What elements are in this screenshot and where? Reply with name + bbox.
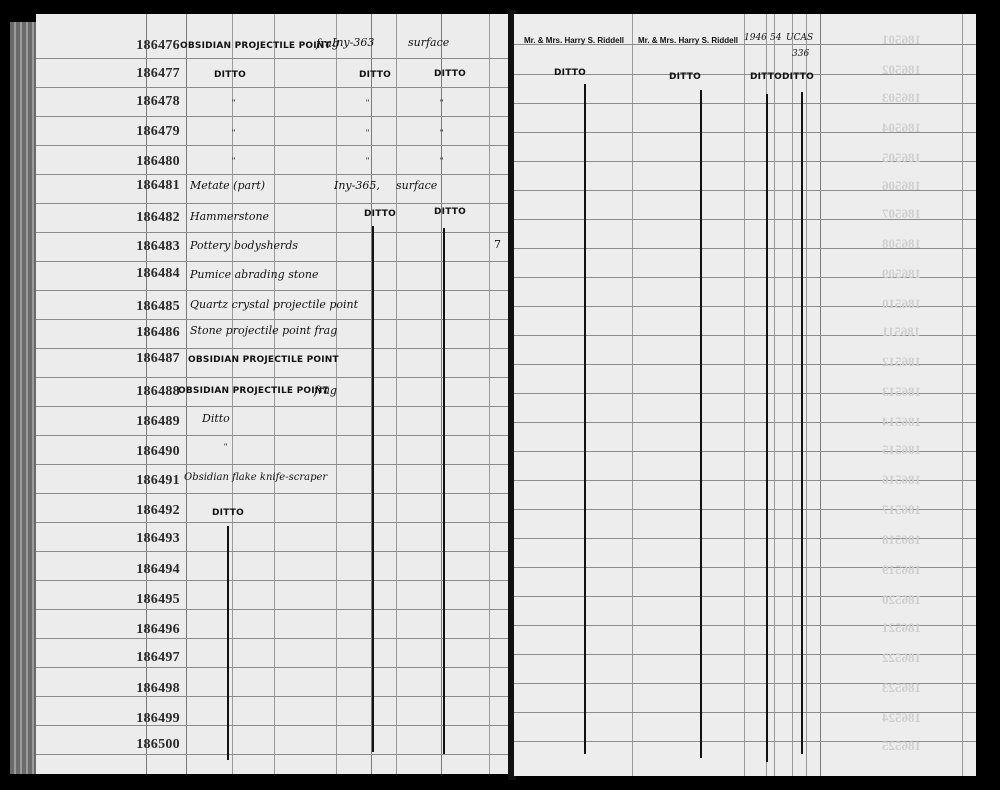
- collector-name: Mr. & Mrs. Harry S. Riddell: [524, 36, 624, 45]
- column-rule: [806, 14, 807, 776]
- ditto-continuation-line: [766, 94, 768, 762]
- catalog-number: 186499: [84, 711, 180, 727]
- bleed-through-number: 186522: [882, 650, 921, 666]
- ledger-right-page: Mr. & Mrs. Harry S. Riddell Mr. & Mrs. H…: [514, 14, 976, 776]
- description-stamp: DITTO: [214, 70, 246, 80]
- ditto-mark: ": [232, 156, 235, 166]
- bleed-through-number: 186511: [882, 324, 920, 340]
- item-count: 7: [494, 238, 501, 251]
- ditto-continuation-line: [372, 226, 374, 752]
- catalog-number: 186498: [84, 681, 180, 697]
- description-stamp: OBSIDIAN PROJECTILE POINT: [188, 355, 339, 365]
- ditto-mark: ": [224, 442, 227, 452]
- donor-ditto: DITTO: [669, 72, 701, 82]
- catalog-number: 186490: [84, 444, 180, 460]
- description-handwritten: Hammerstone: [190, 210, 269, 223]
- description-handwritten: Ditto: [202, 412, 230, 425]
- locality-stamp: DITTO: [359, 70, 391, 80]
- row-rule: [36, 348, 510, 349]
- bleed-through-number: 186523: [882, 680, 921, 696]
- locality-stamp: DITTO: [364, 209, 396, 219]
- catalog-number: 186481: [84, 178, 180, 194]
- date-ditto: DITTO: [750, 72, 782, 82]
- locality: Iny-363: [332, 36, 374, 49]
- column-rule: [962, 14, 963, 776]
- row-rule: [36, 58, 510, 59]
- bleed-through-number: 186520: [882, 592, 921, 608]
- catalog-number: 186497: [84, 650, 180, 666]
- row-rule: [36, 377, 510, 378]
- ditto-mark: ": [232, 98, 235, 108]
- bleed-through-number: 186502: [882, 62, 921, 78]
- column-rule: [820, 14, 821, 776]
- bleed-through-number: 186504: [882, 120, 921, 136]
- ditto-mark: ": [366, 98, 369, 108]
- bleed-through-number: 186508: [882, 236, 921, 252]
- bleed-through-number: 186516: [882, 472, 921, 488]
- ditto-mark: ": [440, 128, 443, 138]
- column-rule: [774, 14, 775, 776]
- bleed-through-number: 186506: [882, 178, 921, 194]
- bleed-through-number: 186519: [882, 562, 921, 578]
- row-rule: [36, 667, 510, 668]
- ditto-continuation-line: [584, 84, 586, 754]
- catalog-number: 186492: [84, 503, 180, 519]
- bleed-through-number: 186505: [882, 150, 921, 166]
- accession-ditto: DITTO: [782, 72, 814, 82]
- description-handwritten: Stone projectile point frag: [190, 324, 337, 337]
- catalog-number: 186477: [84, 66, 180, 82]
- description-handwritten: Metate (part): [190, 179, 265, 192]
- catalog-number: 186491: [84, 473, 180, 489]
- row-rule: [36, 290, 510, 291]
- row-rule: [36, 754, 510, 755]
- bleed-through-number: 186521: [882, 620, 921, 636]
- catalog-number: 186479: [84, 124, 180, 140]
- locality-note: surface: [408, 36, 449, 49]
- catalog-number: 186476: [84, 38, 180, 54]
- locality: Iny-365,: [334, 179, 380, 192]
- bleed-through-number: 186517: [882, 502, 921, 518]
- catalog-number: 186478: [84, 94, 180, 110]
- catalog-number: 186493: [84, 531, 180, 547]
- catalog-number: 186495: [84, 592, 180, 608]
- page-stack-edge: [10, 22, 38, 774]
- row-rule: [36, 551, 510, 552]
- bleed-through-number: 186512: [882, 354, 921, 370]
- bleed-through-number: 186515: [882, 442, 921, 458]
- column-rule: [396, 14, 397, 774]
- row-rule: [36, 435, 510, 436]
- row-rule: [36, 522, 510, 523]
- ledger-left-page: 186476 186477 186478 186479 186480 18648…: [36, 14, 510, 774]
- locality-note: surface: [396, 179, 437, 192]
- row-rule: [36, 87, 510, 88]
- accession-prefix: 54: [770, 33, 781, 43]
- description-handwritten: Pottery bodysherds: [190, 239, 298, 252]
- column-rule: [792, 14, 793, 776]
- row-rule: [36, 116, 510, 117]
- description-stamp: OBSIDIAN PROJECTILE POINT: [180, 41, 331, 51]
- bleed-through-number: 186514: [882, 414, 921, 430]
- column-rule: [632, 14, 633, 776]
- description-handwritten: Quartz crystal projectile point: [190, 298, 358, 311]
- bleed-through-number: 186513: [882, 384, 921, 400]
- row-rule: [36, 406, 510, 407]
- bleed-through-number: 186507: [882, 206, 921, 222]
- description-stamp: OBSIDIAN PROJECTILE POINT: [178, 386, 329, 396]
- description-stamp: DITTO: [212, 508, 244, 518]
- column-rule: [744, 14, 745, 776]
- ditto-mark: ": [366, 128, 369, 138]
- accession-number: 336: [792, 49, 809, 59]
- description-note: frag: [314, 384, 337, 397]
- bleed-through-number: 186501: [882, 32, 921, 48]
- ditto-mark: ": [440, 98, 443, 108]
- donation-year: 1946: [744, 33, 767, 43]
- locality-note-stamp: DITTO: [434, 207, 466, 217]
- catalog-number: 186484: [84, 266, 180, 282]
- row-rule: [36, 145, 510, 146]
- catalog-number: 186494: [84, 562, 180, 578]
- catalog-number: 186485: [84, 299, 180, 315]
- row-rule: [36, 232, 510, 233]
- ditto-mark: ": [440, 156, 443, 166]
- row-rule: [36, 261, 510, 262]
- bleed-through-number: 186510: [882, 296, 921, 312]
- ditto-continuation-line: [443, 228, 445, 754]
- collector-ditto: DITTO: [554, 68, 586, 78]
- column-rule: [489, 14, 490, 774]
- bleed-through-number: 186503: [882, 90, 921, 106]
- catalog-number: 186496: [84, 622, 180, 638]
- catalog-number: 186483: [84, 239, 180, 255]
- row-rule: [36, 319, 510, 320]
- ditto-continuation-line: [801, 92, 803, 754]
- catalog-number: 186487: [84, 351, 180, 367]
- catalog-number: 186500: [84, 737, 180, 753]
- locality-note-stamp: DITTO: [434, 69, 466, 79]
- bleed-through-number: 186509: [882, 266, 921, 282]
- row-rule: [36, 493, 510, 494]
- row-rule: [36, 203, 510, 204]
- bleed-through-number: 186518: [882, 532, 921, 548]
- row-rule: [36, 638, 510, 639]
- ditto-continuation-line: [227, 526, 229, 760]
- catalog-number: 186482: [84, 210, 180, 226]
- row-rule: [36, 464, 510, 465]
- catalog-number: 186489: [84, 414, 180, 430]
- row-rule: [36, 580, 510, 581]
- accession-label: UCAS: [786, 33, 813, 43]
- description-handwritten: Obsidian flake knife-scraper: [184, 472, 327, 483]
- catalog-number: 186480: [84, 154, 180, 170]
- ditto-mark: ": [366, 156, 369, 166]
- row-rule: [36, 174, 510, 175]
- donor-name: Mr. & Mrs. Harry S. Riddell: [638, 36, 738, 45]
- ditto-mark: ": [232, 128, 235, 138]
- bleed-through-number: 186524: [882, 710, 921, 726]
- catalog-number: 186486: [84, 325, 180, 341]
- description-handwritten: Pumice abrading stone: [190, 268, 318, 281]
- catalog-number: 186488: [84, 384, 180, 400]
- row-rule: [36, 609, 510, 610]
- ditto-continuation-line: [700, 90, 702, 758]
- bleed-through-number: 186525: [882, 738, 921, 754]
